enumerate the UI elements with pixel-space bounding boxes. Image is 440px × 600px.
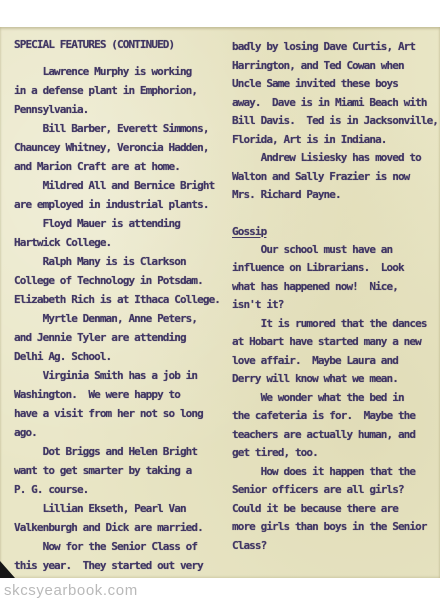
text-line: We wonder what the bed in — [232, 389, 438, 408]
text-line: teachers are actually human, and — [232, 426, 438, 445]
text-line: and Marion Craft are at home. — [14, 157, 226, 176]
text-line: Lillian Ekseth, Pearl Van — [14, 499, 226, 518]
text-line: are employed in industrial plants. — [14, 195, 226, 214]
text-line: Valkenburgh and Dick are married. — [14, 518, 226, 537]
right-column: badly by losing Dave Curtis, Art Harring… — [232, 38, 438, 555]
text-line: Chauncey Whitney, Veroncia Hadden, — [14, 138, 226, 157]
text-line: Class? — [232, 537, 438, 556]
text-line: the cafeteria is for. Maybe the — [232, 407, 438, 426]
text-line: Derry will know what we mean. — [232, 370, 438, 389]
text-line: Delhi Ag. School. — [14, 347, 226, 366]
text-line: Walton and Sally Frazier is now — [232, 168, 438, 187]
page-corner-shadow — [0, 561, 15, 578]
text-line: influence on Librarians. Look — [232, 259, 438, 278]
text-line: Virginia Smith has a job in — [14, 366, 226, 385]
text-line: want to get smarter by taking a — [14, 461, 226, 480]
text-line: Lawrence Murphy is working — [14, 62, 226, 81]
text-line: Washington. We were happy to — [14, 385, 226, 404]
text-line: have a visit from her not so long — [14, 404, 226, 423]
text-line: Uncle Same invited these boys — [232, 75, 438, 94]
watermark: skcsyearbook.com — [4, 582, 138, 599]
text-line: get tired, too. — [232, 444, 438, 463]
section-heading: SPECIAL FEATURES (CONTINUED) — [14, 35, 226, 54]
text-line: Hartwick College. — [14, 233, 226, 252]
text-line: more girls than boys in the Senior — [232, 518, 438, 537]
text-line: Mrs. Richard Payne. — [232, 186, 438, 205]
text-line: this year. They started out very — [14, 556, 226, 575]
text-line: ago. — [14, 423, 226, 442]
text-line: Now for the Senior Class of — [14, 537, 226, 556]
text-line: Senior officers are all girls? — [232, 481, 438, 500]
text-line: Could it be because there are — [232, 500, 438, 519]
text-line: love affair. Maybe Laura and — [232, 352, 438, 371]
right-column-gossip-lines: Our school must have an influence on Lib… — [232, 241, 438, 556]
yearbook-scanned-page: SPECIAL FEATURES (CONTINUED) Lawrence Mu… — [0, 27, 440, 578]
text-line: away. Dave is in Miami Beach with — [232, 94, 438, 113]
right-column-top-lines: badly by losing Dave Curtis, Art Harring… — [232, 38, 438, 205]
text-line: Harrington, and Ted Cowan when — [232, 57, 438, 76]
text-line: at Hobart have started many a new — [232, 333, 438, 352]
text-line: Dot Briggs and Helen Bright — [14, 442, 226, 461]
text-line: and Jennie Tyler are attending — [14, 328, 226, 347]
text-line: P. G. course. — [14, 480, 226, 499]
text-line: Florida, Art is in Indiana. — [232, 131, 438, 150]
text-line: Floyd Mauer is attending — [14, 214, 226, 233]
text-line: badly by losing Dave Curtis, Art — [232, 38, 438, 57]
text-line: what has happened now! Nice, — [232, 278, 438, 297]
text-line: Bill Barber, Everett Simmons, — [14, 119, 226, 138]
text-line: in a defense plant in Emphorion, — [14, 81, 226, 100]
text-line: Ralph Many is is Clarkson — [14, 252, 226, 271]
left-column: SPECIAL FEATURES (CONTINUED) Lawrence Mu… — [14, 35, 226, 575]
text-line: Pennsylvania. — [14, 100, 226, 119]
text-line: Bill Davis. Ted is in Jacksonville, — [232, 112, 438, 131]
text-line: Andrew Lisiesky has moved to — [232, 149, 438, 168]
text-line: Our school must have an — [232, 241, 438, 260]
text-line: Mildred All and Bernice Bright — [14, 176, 226, 195]
text-line: Elizabeth Rich is at Ithaca College. — [14, 290, 226, 309]
left-column-lines: Lawrence Murphy is working in a defense … — [14, 62, 226, 575]
gossip-heading: Gossip — [232, 222, 438, 241]
text-line: Myrtle Denman, Anne Peters, — [14, 309, 226, 328]
text-line: isn't it? — [232, 296, 438, 315]
text-line: College of Technology in Potsdam. — [14, 271, 226, 290]
text-line: It is rumored that the dances — [232, 315, 438, 334]
text-line: How does it happen that the — [232, 463, 438, 482]
